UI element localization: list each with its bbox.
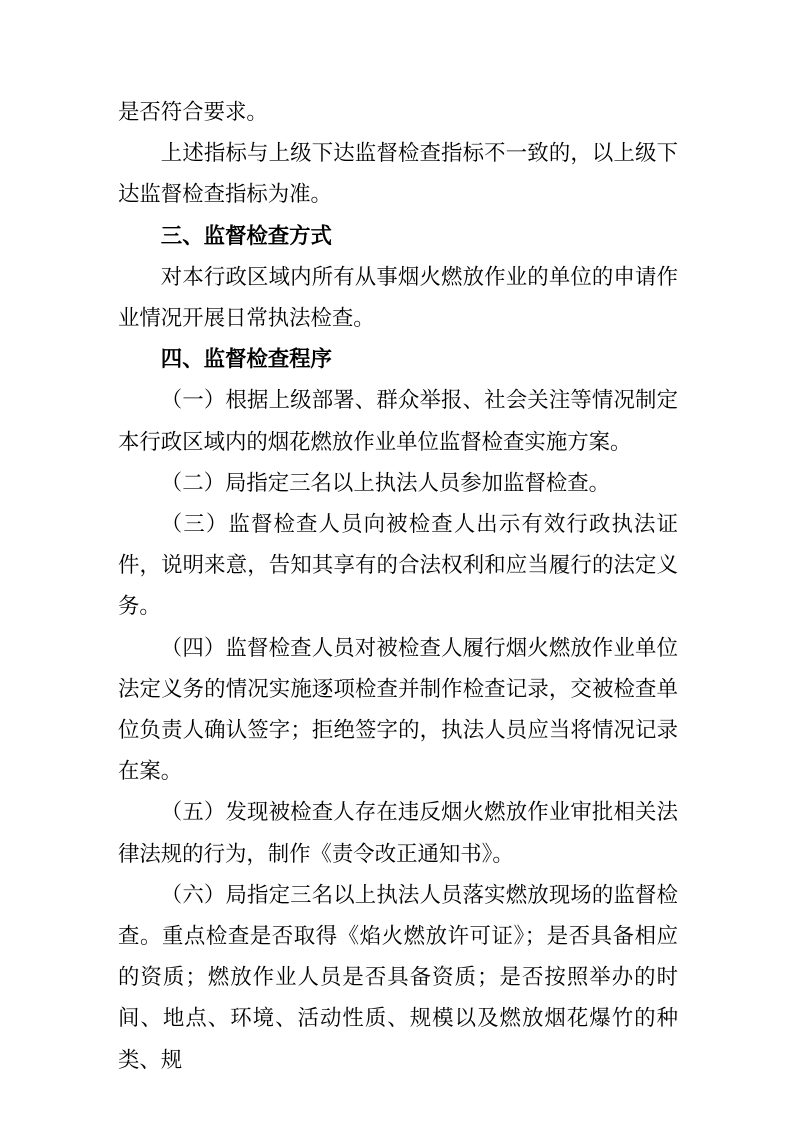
paragraph-procedure-item-4: （四）监督检查人员对被检查人履行烟火燃放作业单位法定义务的情况实施逐项检查并制作…	[118, 628, 678, 793]
paragraph-procedure-item-2: （二）局指定三名以上执法人员参加监督检查。	[118, 463, 678, 504]
paragraph-procedure-item-5: （五）发现被检查人存在违反烟火燃放作业审批相关法律法规的行为，制作《责令改正通知…	[118, 792, 678, 874]
paragraph-procedure-item-6: （六）局指定三名以上执法人员落实燃放现场的监督检查。重点检查是否取得《焰火燃放许…	[118, 875, 678, 1081]
heading-inspection-method: 三、监督检查方式	[118, 216, 678, 257]
document-page: 是否符合要求。 上述指标与上级下达监督检查指标不一致的，以上级下达监督检查指标为…	[0, 0, 793, 1122]
paragraph-superior-indicators: 上述指标与上级下达监督检查指标不一致的，以上级下达监督检查指标为准。	[118, 133, 678, 215]
paragraph-requirements-continuation: 是否符合要求。	[118, 92, 678, 133]
paragraph-procedure-item-3: （三）监督检查人员向被检查人出示有效行政执法证件，说明来意，告知其享有的合法权利…	[118, 504, 678, 628]
paragraph-inspection-method-body: 对本行政区域内所有从事烟火燃放作业的单位的申请作业情况开展日常执法检查。	[118, 257, 678, 339]
heading-inspection-procedure: 四、监督检查程序	[118, 339, 678, 380]
paragraph-procedure-item-1: （一）根据上级部署、群众举报、社会关注等情况制定本行政区域内的烟花燃放作业单位监…	[118, 380, 678, 462]
